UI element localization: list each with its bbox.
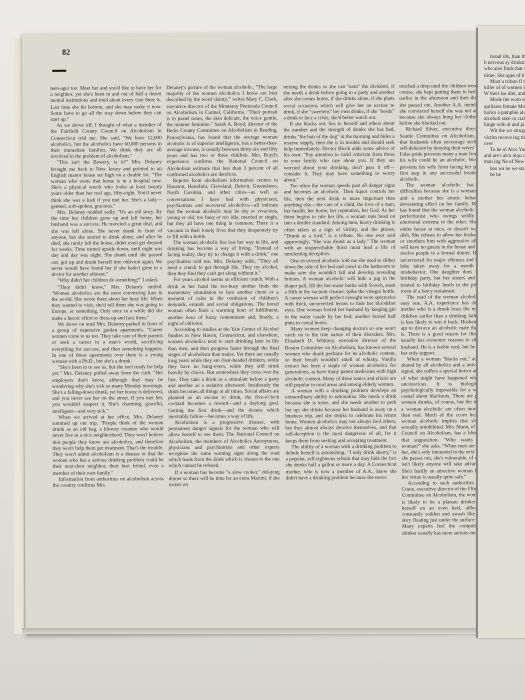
paragraph: The woman alcoholic has lost her way in …	[167, 240, 278, 278]
paragraph: "She's been in to see us, but she isn't …	[52, 364, 163, 414]
paragraph: We drove on until Mrs. Delaney parked in…	[52, 321, 163, 365]
paragraph: Many women keep changing doctors so one …	[285, 326, 396, 389]
paragraph: Delaney's picture of the woman alcoholic…	[166, 84, 278, 178]
paragraph: As we drove off, I thought of what a mem…	[51, 122, 162, 160]
paragraph: For years alcohol seems an efficient cru…	[167, 277, 278, 327]
paragraph: "This isn't the Bowery, is it?" Mrs. Del…	[51, 160, 162, 210]
article-column-2: Delaney's picture of the woman alcoholic…	[166, 84, 279, 488]
page-bottom-shadow	[22, 628, 476, 634]
paragraph: If a woman has become "a slow cooker," d…	[169, 469, 280, 488]
paragraph-fragment: be he	[484, 172, 525, 178]
paragraph: When we arrived at her office, Mrs. Dela…	[52, 414, 163, 477]
page-tab-mark	[52, 70, 66, 72]
paragraph: A woman with a drinking problem develops…	[285, 388, 396, 445]
paragraph: Too often the woman speeds past all dang…	[284, 183, 395, 258]
paragraph: According to studies at the Yale Center …	[168, 326, 280, 420]
facing-page: tional ills, than the m ment can b nervo…	[478, 26, 525, 638]
paragraph: Mrs. Delaney nodded sadly. "It's an old …	[51, 209, 162, 278]
article-column-3: mixing the drinks so she can "earn" the …	[283, 84, 396, 482]
paragraph: If she blacks out, lies to herself and o…	[284, 121, 395, 184]
paragraph: mixing the drinks so she can "earn" the …	[283, 84, 394, 122]
paragraph: "They didn't know," Mrs. Delaney smiled.…	[52, 284, 163, 322]
page-number: 82	[62, 48, 70, 57]
facing-page-column: tional ills, than the m ment can b nervo…	[484, 54, 525, 178]
paragraph: Information from authorities on alcoholi…	[53, 476, 164, 489]
paragraph-fragment: Wit the wo strugg hope move victim recov…	[484, 128, 525, 147]
paragraph: The ability of a woman with a drinking p…	[286, 444, 397, 482]
paragraph: Reports from alcoholism information cent…	[167, 177, 278, 240]
paragraph: teen-ager too. Meet her and you'd like t…	[50, 85, 161, 123]
paragraph-fragment: tional ills, than the m ment can b nervo…	[484, 54, 525, 79]
paragraph-fragment: To be ol Alco York whic form and are t a…	[484, 147, 525, 166]
paragraph: One recovered alcoholic told me she used…	[284, 257, 395, 326]
magazine-page: 82 teen-ager too. Meet her and you'd lik…	[22, 31, 480, 634]
paragraph-fragment: hos wa ne we sta bo fo	[484, 166, 525, 172]
paragraph-fragment: Mode the wom scribe h quilizers female M…	[484, 97, 525, 128]
paragraph-fragment: Most a trition fl Cirrhosis killer of of…	[484, 79, 525, 98]
paragraph: Alcoholism is a progressive disease, wit…	[168, 419, 279, 469]
article-column-1: teen-ager too. Meet her and you'd like t…	[50, 85, 163, 489]
